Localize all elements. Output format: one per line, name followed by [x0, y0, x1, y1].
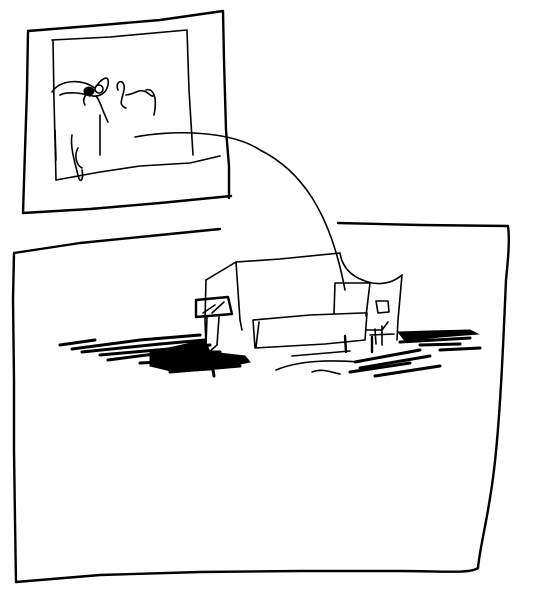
ground-shadows	[60, 330, 480, 376]
inset-frame	[23, 11, 231, 213]
architectural-sketch	[0, 0, 556, 591]
connector-curve	[135, 133, 345, 290]
building	[196, 253, 402, 356]
main-frame	[13, 223, 509, 582]
